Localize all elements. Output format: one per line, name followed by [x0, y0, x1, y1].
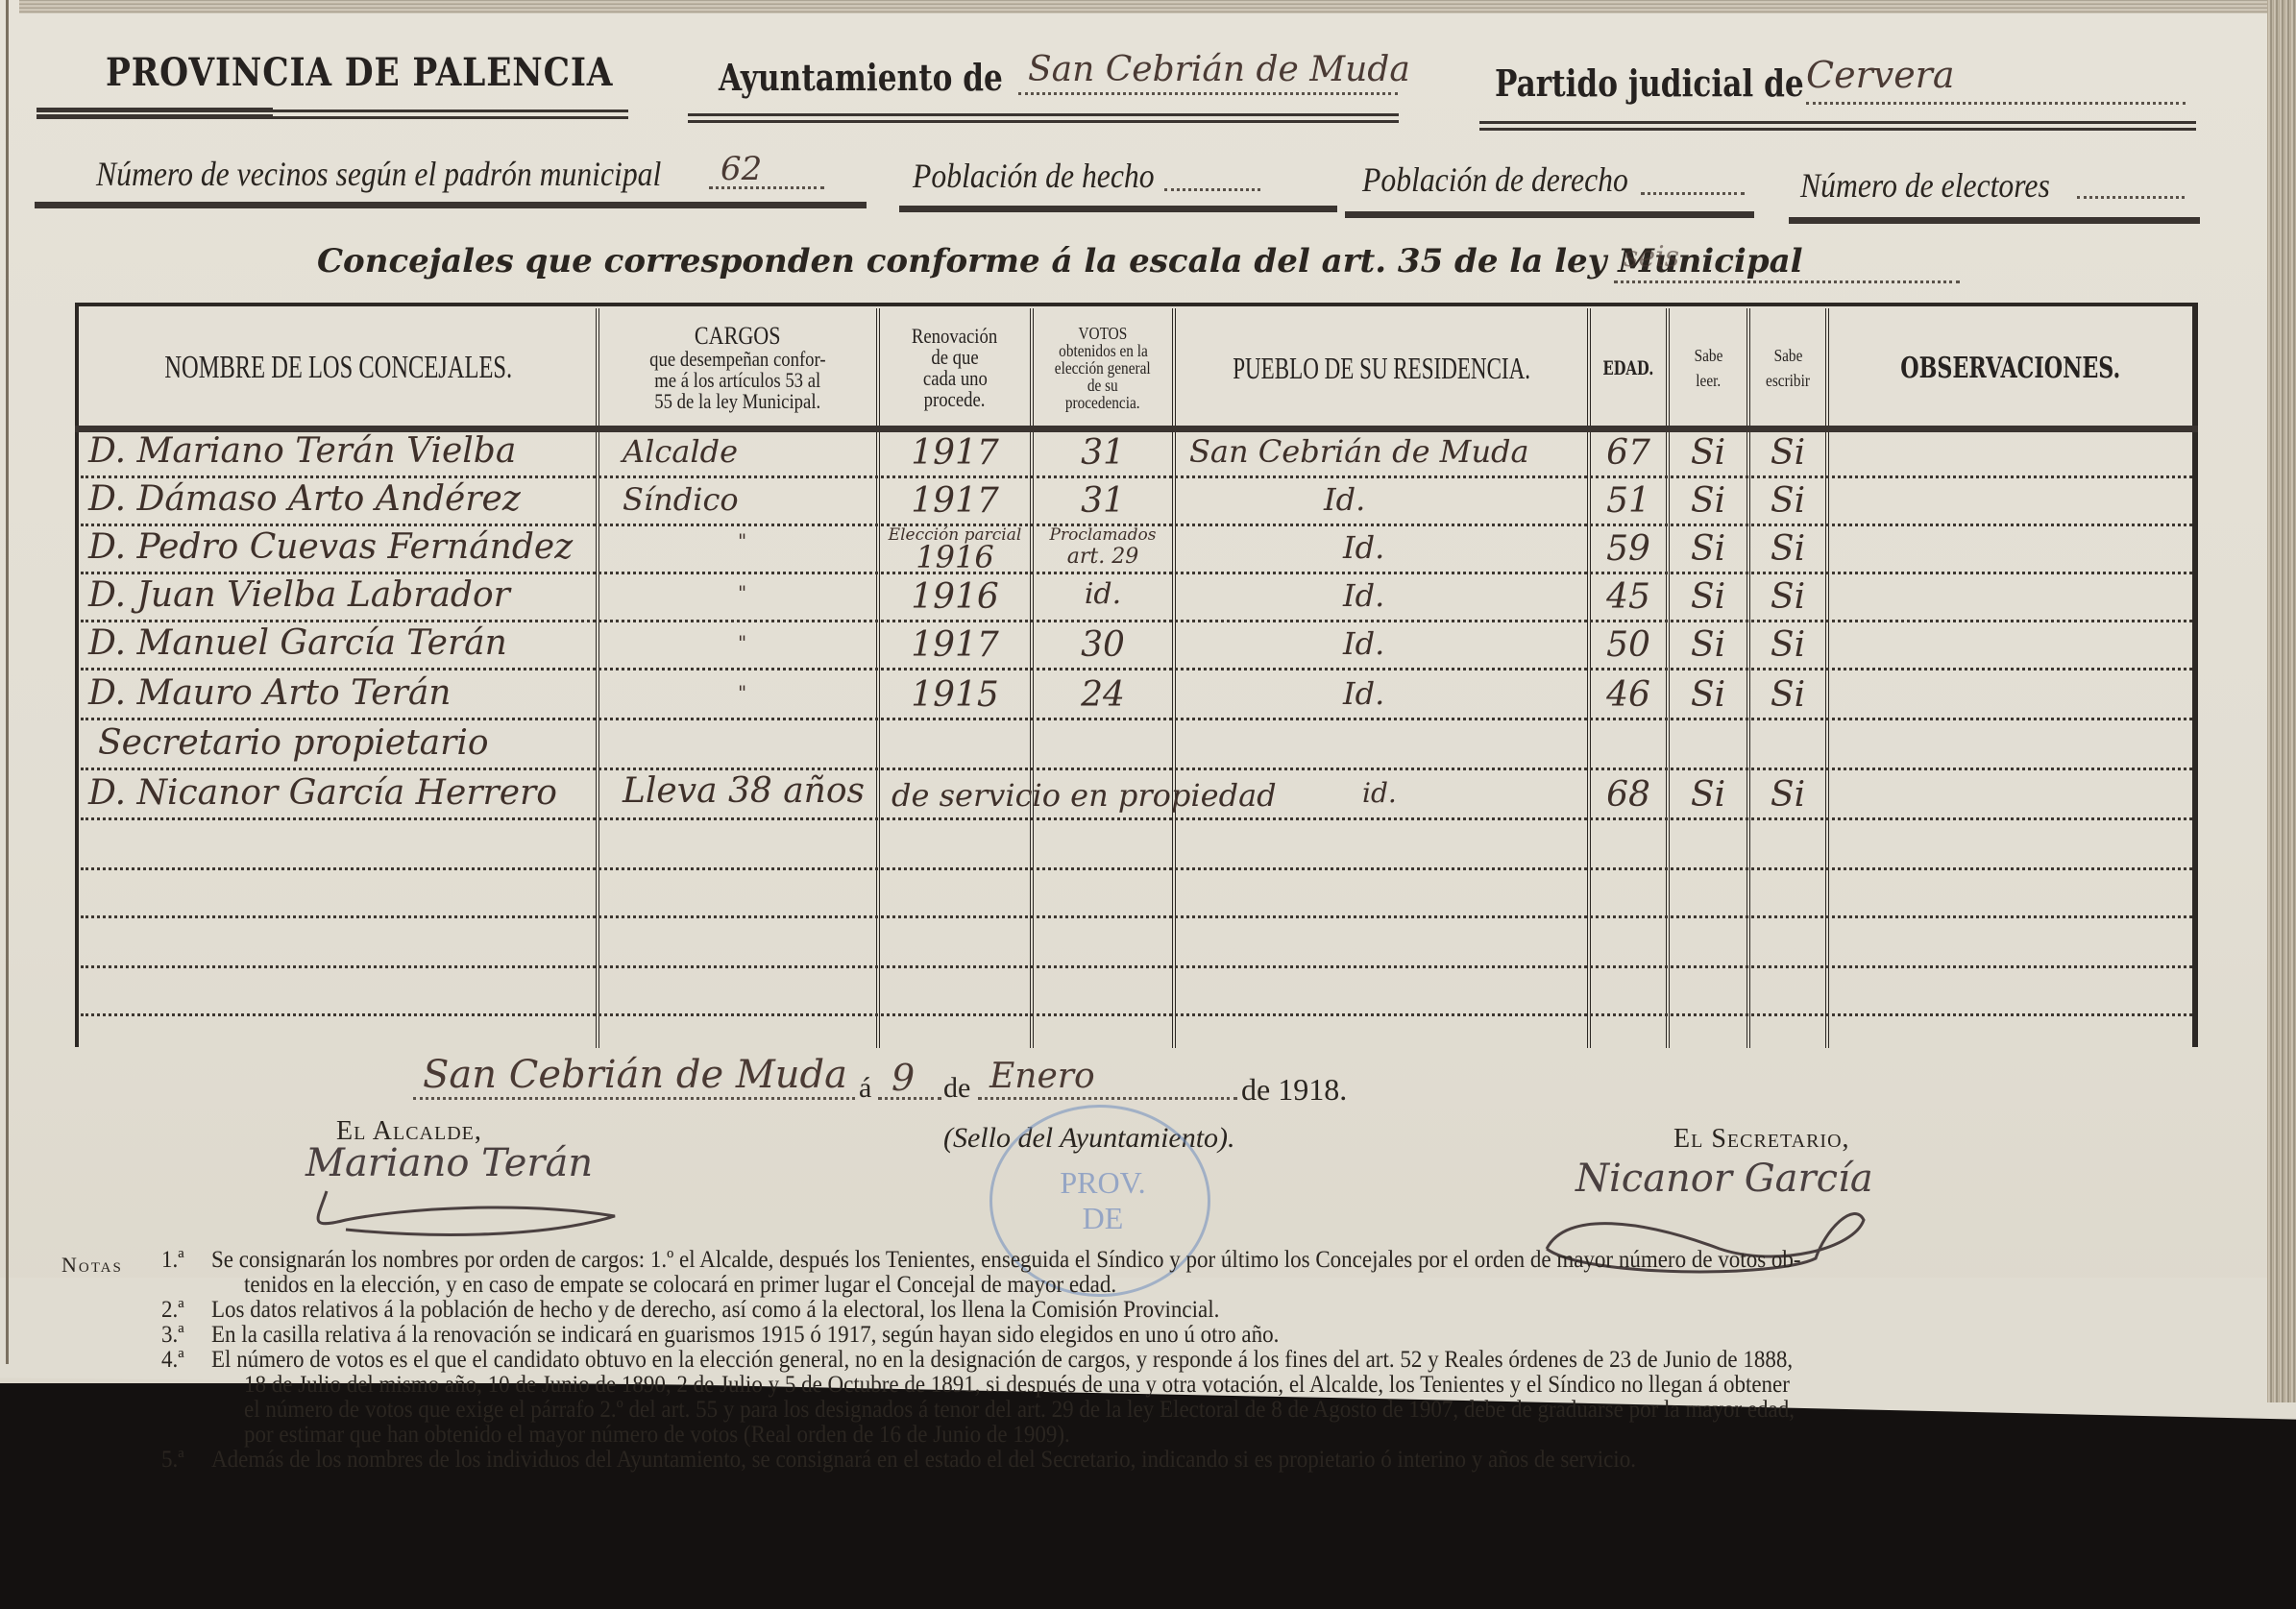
vecinos-label: Número de vecinos según el padrón munici… [96, 154, 661, 194]
note-text: el número de votos que exige el párrafo … [244, 1397, 1795, 1424]
hecho-label: Población de hecho [913, 156, 1155, 196]
note-text: 18 de Julio del mismo año, 10 de Junio d… [244, 1372, 1790, 1399]
note-text: tenidos en la elección, y en caso de emp… [244, 1272, 1116, 1299]
electores-label: Número de electores [1800, 165, 2050, 206]
note-text: Se consignarán los nombres por orden de … [211, 1247, 1801, 1274]
derecho-dots [1641, 192, 1745, 195]
derecho-rule [1345, 211, 1754, 218]
note-text: En la casilla relativa á la renovación s… [211, 1322, 1279, 1349]
binding-edge [6, 0, 9, 1364]
col-leer: Sabe leer. [1670, 314, 1746, 422]
electores-dots [2077, 196, 2185, 199]
province-underline [37, 110, 628, 119]
book-page-edges [2267, 0, 2296, 1402]
note-text: Además de los nombres de los individuos … [211, 1447, 1636, 1474]
concejales-dots [1614, 280, 1960, 283]
concejales-table: NOMBRE DE LOS CONCEJALES. CARGOS que des… [75, 303, 2198, 1047]
col-renovacion: Renovación de que cada uno procede. [880, 314, 1030, 422]
partido-dots [1806, 102, 2186, 105]
ayuntamiento-dots [1018, 92, 1398, 95]
col-votos: VOTOS obtenidos en la elección general d… [1034, 314, 1172, 422]
electores-rule [1789, 217, 2200, 224]
province-title: PROVINCIA DE PALENCIA [106, 50, 613, 95]
date-month: Enero [989, 1057, 1095, 1096]
date-day: 9 [892, 1057, 915, 1099]
vecinos-rule [35, 202, 867, 208]
note-text: por estimar que han obtenido el mayor nú… [244, 1422, 1070, 1449]
col-cargos: CARGOS que desempeñan confor- me á los a… [599, 314, 876, 422]
book-top-edge [19, 0, 2267, 13]
notes-label: Notas [61, 1253, 123, 1278]
alcalde-signature: Mariano Terán [305, 1141, 593, 1185]
hecho-rule [899, 206, 1337, 212]
ayuntamiento-underline [688, 113, 1399, 123]
note-text: Los datos relativos á la población de he… [211, 1297, 1219, 1324]
col-pueblo: PUEBLO DE SU RESIDENCIA. [1176, 314, 1587, 422]
partido-label: Partido judicial de [1495, 61, 1804, 105]
alcalde-flourish-icon [288, 1182, 634, 1249]
concejales-value: seis [1624, 240, 1679, 274]
derecho-label: Población de derecho [1362, 159, 1628, 200]
partido-underline [1479, 121, 2196, 131]
note-text: El número de votos es el que el candidat… [211, 1347, 1793, 1374]
vecinos-value: 62 [721, 150, 762, 188]
date-a: á [859, 1072, 871, 1105]
hecho-dots [1164, 188, 1260, 191]
secretario-label: El Secretario, [1673, 1124, 1850, 1155]
date-de: de [943, 1072, 970, 1105]
ayuntamiento-value: San Cebrián de Muda [1028, 50, 1410, 89]
col-nombre: NOMBRE DE LOS CONCEJALES. [81, 314, 596, 422]
col-edad: EDAD. [1591, 314, 1666, 422]
col-escribir: Sabe escribir [1750, 314, 1825, 422]
date-year: de 1918. [1241, 1072, 1347, 1108]
date-place: San Cebrián de Muda [423, 1053, 847, 1097]
partido-value: Cervera [1806, 54, 1955, 96]
concejales-label: Concejales que corresponden conforme á l… [317, 242, 1803, 280]
ayuntamiento-label: Ayuntamiento de [719, 56, 1003, 99]
col-observaciones: OBSERVACIONES. [1829, 314, 2192, 422]
